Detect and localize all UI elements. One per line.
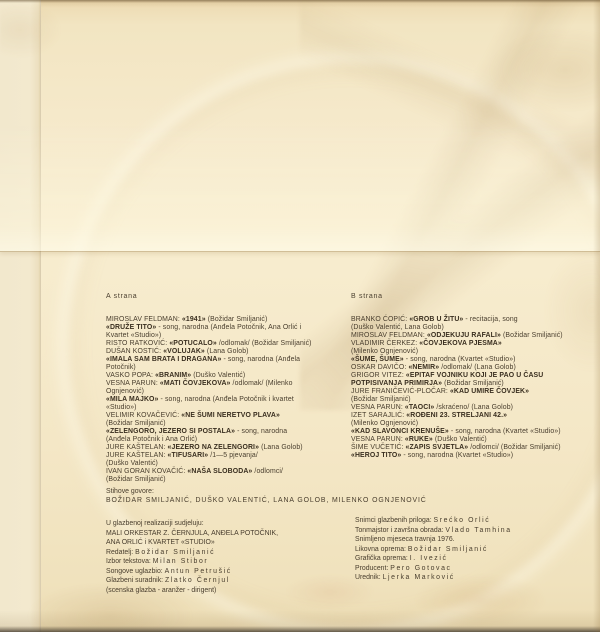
text-segment: «BRANIM»	[155, 372, 191, 379]
text-line: (Anđela Potočnik i Ana Orlić)	[106, 436, 358, 444]
text-segment: - song, narodna (Kvartet «Studio»)	[404, 356, 516, 363]
text-segment: «NEMIR»	[408, 364, 439, 371]
text-segment: RISTO RATKOVIĆ:	[106, 340, 169, 347]
text-line: POTPISIVANJA PRIMIRJA» (Božidar Smiljani…	[351, 380, 599, 388]
text-segment: VASKO POPA:	[106, 372, 155, 379]
text-segment: (Duško Valentić)	[106, 460, 158, 467]
text-segment: - song, narodna (Anđela Potočnik, Ana Or…	[156, 324, 301, 331]
text-segment: (Božidar Smiljanić)	[206, 316, 268, 323]
text-segment: Tonmajstor i završna obrada:	[355, 527, 445, 534]
text-line: «ŠUME, ŠUME» - song, narodna (Kvartet «S…	[351, 356, 599, 364]
text-segment: (Božidar Smiljanić)	[106, 476, 166, 483]
text-segment: «NAŠA SLOBODA»	[187, 468, 252, 475]
text-line: Redatelj: Božidar Smiljanić	[106, 548, 278, 558]
text-segment: VLADIMIR ČERKEZ:	[351, 340, 419, 347]
text-line: Songove uglazbio: Antun Petrušić	[106, 567, 278, 577]
text-segment: (Anđela Potočnik i Ana Orlić)	[106, 436, 197, 443]
text-segment: I. Ivezić	[410, 555, 448, 562]
text-segment: «ZAPIS SVJETLA»	[406, 444, 469, 451]
text-line: ŠIME VUČETIĆ: «ZAPIS SVJETLA» /odlomci/ …	[351, 444, 599, 452]
side-b-header: B strana	[351, 293, 383, 300]
text-segment: ŠIME VUČETIĆ:	[351, 444, 406, 451]
text-segment: (Lana Golob)	[259, 444, 303, 451]
text-segment: Ljerka Marković	[383, 574, 455, 581]
text-segment: Pero Gotovac	[390, 565, 451, 572]
text-segment: «ČOVJEKOVA PJESMA»	[419, 340, 502, 347]
text-line: VASKO POPA: «BRANIM» (Duško Valentić)	[106, 372, 358, 380]
text-line: VESNA PARUN: «MATI ČOVJEKOVA» /odlomak/ …	[106, 380, 358, 388]
text-segment: POTPISIVANJA PRIMIRJA»	[351, 380, 442, 387]
text-segment: «KAD SLAVONCI KRENUŠE»	[351, 428, 449, 435]
text-segment: Kvartet «Studio»)	[106, 332, 161, 339]
text-line: Urednik: Ljerka Marković	[355, 573, 512, 583]
narrators-section: Stihove govore: BOŽIDAR SMILJANIĆ, DUŠKO…	[106, 487, 427, 506]
text-segment: Snimljeno mjeseca travnja 1976.	[355, 536, 455, 543]
text-segment: (Milenko Ognjenović)	[351, 420, 418, 427]
text-line: «MILA MAJKO» - song, narodna (Anđela Pot…	[106, 396, 358, 404]
text-segment: JURE FRANIČEVIĆ-PLOČAR:	[351, 388, 450, 395]
text-segment: «EPITAF VOJNIKU KOJI JE PAO U ČASU	[406, 372, 543, 379]
text-segment: Ognjenović)	[106, 388, 144, 395]
text-line: (Duško Valentić)	[106, 460, 358, 468]
text-segment: «IMALA SAM BRATA I DRAGANA»	[106, 356, 221, 363]
text-line: DUŠAN KOSTIĆ: «VOLUJAK» (Lana Golob)	[106, 348, 358, 356]
text-segment: /odlomci/	[252, 468, 283, 475]
text-segment: «TAOCI»	[405, 404, 434, 411]
text-line: Tonmajstor i završna obrada: Vlado Tamhi…	[355, 526, 512, 536]
text-segment: /skraćeno/ (Lana Golob)	[434, 404, 513, 411]
text-segment: (Božidar Smiljanić)	[351, 396, 411, 403]
text-segment: /odlomci/ (Božidar Smiljanić)	[468, 444, 560, 451]
text-line: (Božidar Smiljanić)	[351, 396, 599, 404]
text-line: VELIMIR KOVAČEVIĆ: «NE ŠUMI NERETVO PLAV…	[106, 412, 358, 420]
text-segment: «NE ŠUMI NERETVO PLAVA»	[181, 412, 280, 419]
text-segment: MIROSLAV FELDMAN:	[106, 316, 182, 323]
text-segment: «POTUCALO»	[169, 340, 217, 347]
text-segment: «1941»	[182, 316, 206, 323]
text-segment: - song, narodna (Kvartet «Studio»)	[449, 428, 561, 435]
text-line: «DRUŽE TITO» - song, narodna (Anđela Pot…	[106, 324, 358, 332]
text-segment: JURE KAŠTELAN:	[106, 444, 168, 451]
text-line: «HEROJ TITO» - song, narodna (Kvartet «S…	[351, 452, 599, 460]
text-line: IZET SARAJLIĆ: «ROĐENI 23. STRELJANI 42.…	[351, 412, 599, 420]
text-segment: VESNA PARUN:	[106, 380, 160, 387]
text-segment: /odlomak/ (Božidar Smiljanić)	[217, 340, 312, 347]
text-line: (Milenko Ognjenović)	[351, 348, 599, 356]
text-line: ANA ORLIĆ i KVARTET «STUDIO»	[106, 538, 278, 548]
text-segment: Vlado Tamhina	[445, 527, 511, 534]
text-segment: «ZELENGORO, JEZERO SI POSTALA»	[106, 428, 235, 435]
text-line: JURE KAŠTELAN: «TIFUSARI» /1—5 pjevanja/	[106, 452, 358, 460]
credits-right-block: Snimci glazbenih priloga: Srećko OrlićTo…	[355, 516, 512, 583]
text-segment: (Božidar Smiljanić)	[442, 380, 504, 387]
text-segment: (Duško Valentić)	[191, 372, 245, 379]
text-segment: OSKAR DAVIČO:	[351, 364, 408, 371]
text-segment: VESNA PARUN:	[351, 436, 405, 443]
text-segment: U glazbenoj realizaciji sudjeluju:	[106, 520, 204, 527]
text-segment: «GROB U ŽITU»	[409, 316, 463, 323]
text-line: GRIGOR VITEZ: «EPITAF VOJNIKU KOJI JE PA…	[351, 372, 599, 380]
text-line: VESNA PARUN: «TAOCI» /skraćeno/ (Lana Go…	[351, 404, 599, 412]
text-segment: «Studio»)	[106, 404, 137, 411]
text-line: VESNA PARUN: «RUKE» (Duško Valentić)	[351, 436, 599, 444]
text-segment: - recitacija, song	[463, 316, 517, 323]
text-segment: «DRUŽE TITO»	[106, 324, 156, 331]
text-line: Kvartet «Studio»)	[106, 332, 358, 340]
side-b-tracklist: BRANKO ĆOPIĆ: «GROB U ŽITU» - recitacija…	[351, 316, 599, 460]
text-segment: - song, narodna	[235, 428, 287, 435]
text-segment: Grafička oprema:	[355, 555, 410, 562]
text-segment: Glazbeni suradnik:	[106, 577, 165, 584]
text-segment: JURE KAŠTELAN:	[106, 452, 168, 459]
text-segment: (Božidar Smiljanić)	[501, 332, 563, 339]
text-segment: «ROĐENI 23. STRELJANI 42.»	[406, 412, 507, 419]
narrators-label: Stihove govore:	[106, 487, 427, 496]
text-segment: «MILA MAJKO»	[106, 396, 159, 403]
text-segment: Songove uglazbio:	[106, 568, 165, 575]
text-line: Snimci glazbenih priloga: Srećko Orlić	[355, 516, 512, 526]
text-segment: Srećko Orlić	[434, 517, 491, 524]
text-line: Ognjenović)	[106, 388, 358, 396]
text-segment: IZET SARAJLIĆ:	[351, 412, 406, 419]
text-line: MIROSLAV FELDMAN: «1941» (Božidar Smilja…	[106, 316, 358, 324]
text-segment: ANA ORLIĆ i KVARTET «STUDIO»	[106, 539, 215, 546]
text-segment: «ODJEKUJU RAFALI»	[427, 332, 501, 339]
text-line: «KAD SLAVONCI KRENUŠE» - song, narodna (…	[351, 428, 599, 436]
text-segment: - song, narodna (Anđela Potočnik i kvart…	[159, 396, 294, 403]
text-segment: (Božidar Smiljanić)	[106, 420, 166, 427]
text-segment: Producent:	[355, 565, 390, 572]
text-line: JURE FRANIČEVIĆ-PLOČAR: «KAD UMIRE ČOVJE…	[351, 388, 599, 396]
credits-left-block: U glazbenoj realizaciji sudjeluju:MALI O…	[106, 519, 278, 595]
text-line: VLADIMIR ČERKEZ: «ČOVJEKOVA PJESMA»	[351, 340, 599, 348]
text-segment: «HEROJ TITO»	[351, 452, 401, 459]
text-segment: (scenska glazba - aranžer - dirigent)	[106, 587, 216, 594]
text-segment: MALI ORKESTAR Z. ČERNJULA, ANĐELA POTOČN…	[106, 530, 278, 537]
text-line: (Duško Valentić, Lana Golob)	[351, 324, 599, 332]
text-line: (Milenko Ognjenović)	[351, 420, 599, 428]
text-line: «IMALA SAM BRATA I DRAGANA» - song, naro…	[106, 356, 358, 364]
text-line: Izbor tekstova: Milan Stibor	[106, 557, 278, 567]
text-segment: (Milenko Ognjenović)	[351, 348, 418, 355]
text-segment: Redatelj:	[106, 549, 135, 556]
text-segment: DUŠAN KOSTIĆ:	[106, 348, 163, 355]
text-line: «Studio»)	[106, 404, 358, 412]
text-segment: Božidar Smiljanić	[408, 546, 488, 553]
text-line: OSKAR DAVIČO: «NEMIR» /odlomak/ (Lana Go…	[351, 364, 599, 372]
printed-content: A strana B strana MIROSLAV FELDMAN: «194…	[0, 0, 600, 632]
text-segment: Snimci glazbenih priloga:	[355, 517, 434, 524]
text-line: Potočnik)	[106, 364, 358, 372]
text-segment: (Duško Valentić)	[433, 436, 487, 443]
text-segment: - song, narodna (Kvartet «Studio»)	[401, 452, 513, 459]
text-segment: Zlatko Černjul	[165, 577, 230, 584]
text-line: «ZELENGORO, JEZERO SI POSTALA» - song, n…	[106, 428, 358, 436]
record-sleeve-back-scan: A strana B strana MIROSLAV FELDMAN: «194…	[0, 0, 600, 632]
side-a-tracklist: MIROSLAV FELDMAN: «1941» (Božidar Smilja…	[106, 316, 358, 484]
text-segment: /1—5 pjevanja/	[208, 452, 258, 459]
text-segment: (Duško Valentić, Lana Golob)	[351, 324, 444, 331]
text-line: Likovna oprema: Božidar Smiljanić	[355, 545, 512, 555]
text-segment: «VOLUJAK»	[163, 348, 205, 355]
text-segment: Izbor tekstova:	[106, 558, 153, 565]
text-segment: «TIFUSARI»	[168, 452, 209, 459]
text-segment: Božidar Smiljanić	[135, 549, 215, 556]
text-line: Grafička oprema: I. Ivezić	[355, 554, 512, 564]
text-segment: GRIGOR VITEZ:	[351, 372, 406, 379]
text-segment: IVAN GORAN KOVAČIĆ:	[106, 468, 187, 475]
text-segment: Likovna oprema:	[355, 546, 408, 553]
text-segment: «RUKE»	[405, 436, 433, 443]
text-line: JURE KAŠTELAN: «JEZERO NA ZELENGORI» (La…	[106, 444, 358, 452]
text-line: (Božidar Smiljanić)	[106, 476, 358, 484]
text-line: RISTO RATKOVIĆ: «POTUCALO» /odlomak/ (Bo…	[106, 340, 358, 348]
text-segment: «ŠUME, ŠUME»	[351, 356, 404, 363]
text-segment: /odlomak/ (Lana Golob)	[439, 364, 516, 371]
text-line: U glazbenoj realizaciji sudjeluju:	[106, 519, 278, 529]
text-segment: (Lana Golob)	[205, 348, 249, 355]
text-line: (scenska glazba - aranžer - dirigent)	[106, 586, 278, 596]
text-segment: «JEZERO NA ZELENGORI»	[168, 444, 259, 451]
text-segment: Potočnik)	[106, 364, 136, 371]
text-segment: «MATI ČOVJEKOVA»	[160, 380, 231, 387]
narrators-names: BOŽIDAR SMILJANIĆ, DUŠKO VALENTIĆ, LANA …	[106, 496, 427, 505]
text-segment: VESNA PARUN:	[351, 404, 405, 411]
text-line: MIROSLAV FELDMAN: «ODJEKUJU RAFALI» (Bož…	[351, 332, 599, 340]
text-segment: Milan Stibor	[153, 558, 209, 565]
text-line: Producent: Pero Gotovac	[355, 564, 512, 574]
text-segment: - song, narodna (Anđela	[221, 356, 300, 363]
text-segment: BRANKO ĆOPIĆ:	[351, 316, 409, 323]
text-line: BRANKO ĆOPIĆ: «GROB U ŽITU» - recitacija…	[351, 316, 599, 324]
text-line: Glazbeni suradnik: Zlatko Černjul	[106, 576, 278, 586]
text-segment: VELIMIR KOVAČEVIĆ:	[106, 412, 181, 419]
text-segment: Antun Petrušić	[165, 568, 232, 575]
text-segment: Urednik:	[355, 574, 383, 581]
text-line: IVAN GORAN KOVAČIĆ: «NAŠA SLOBODA» /odlo…	[106, 468, 358, 476]
text-segment: MIROSLAV FELDMAN:	[351, 332, 427, 339]
text-line: Snimljeno mjeseca travnja 1976.	[355, 535, 512, 545]
text-line: MALI ORKESTAR Z. ČERNJULA, ANĐELA POTOČN…	[106, 529, 278, 539]
text-line: (Božidar Smiljanić)	[106, 420, 358, 428]
side-a-header: A strana	[106, 293, 137, 300]
text-segment: «KAD UMIRE ČOVJEK»	[450, 388, 529, 395]
text-segment: /odlomak/ (Milenko	[231, 380, 293, 387]
